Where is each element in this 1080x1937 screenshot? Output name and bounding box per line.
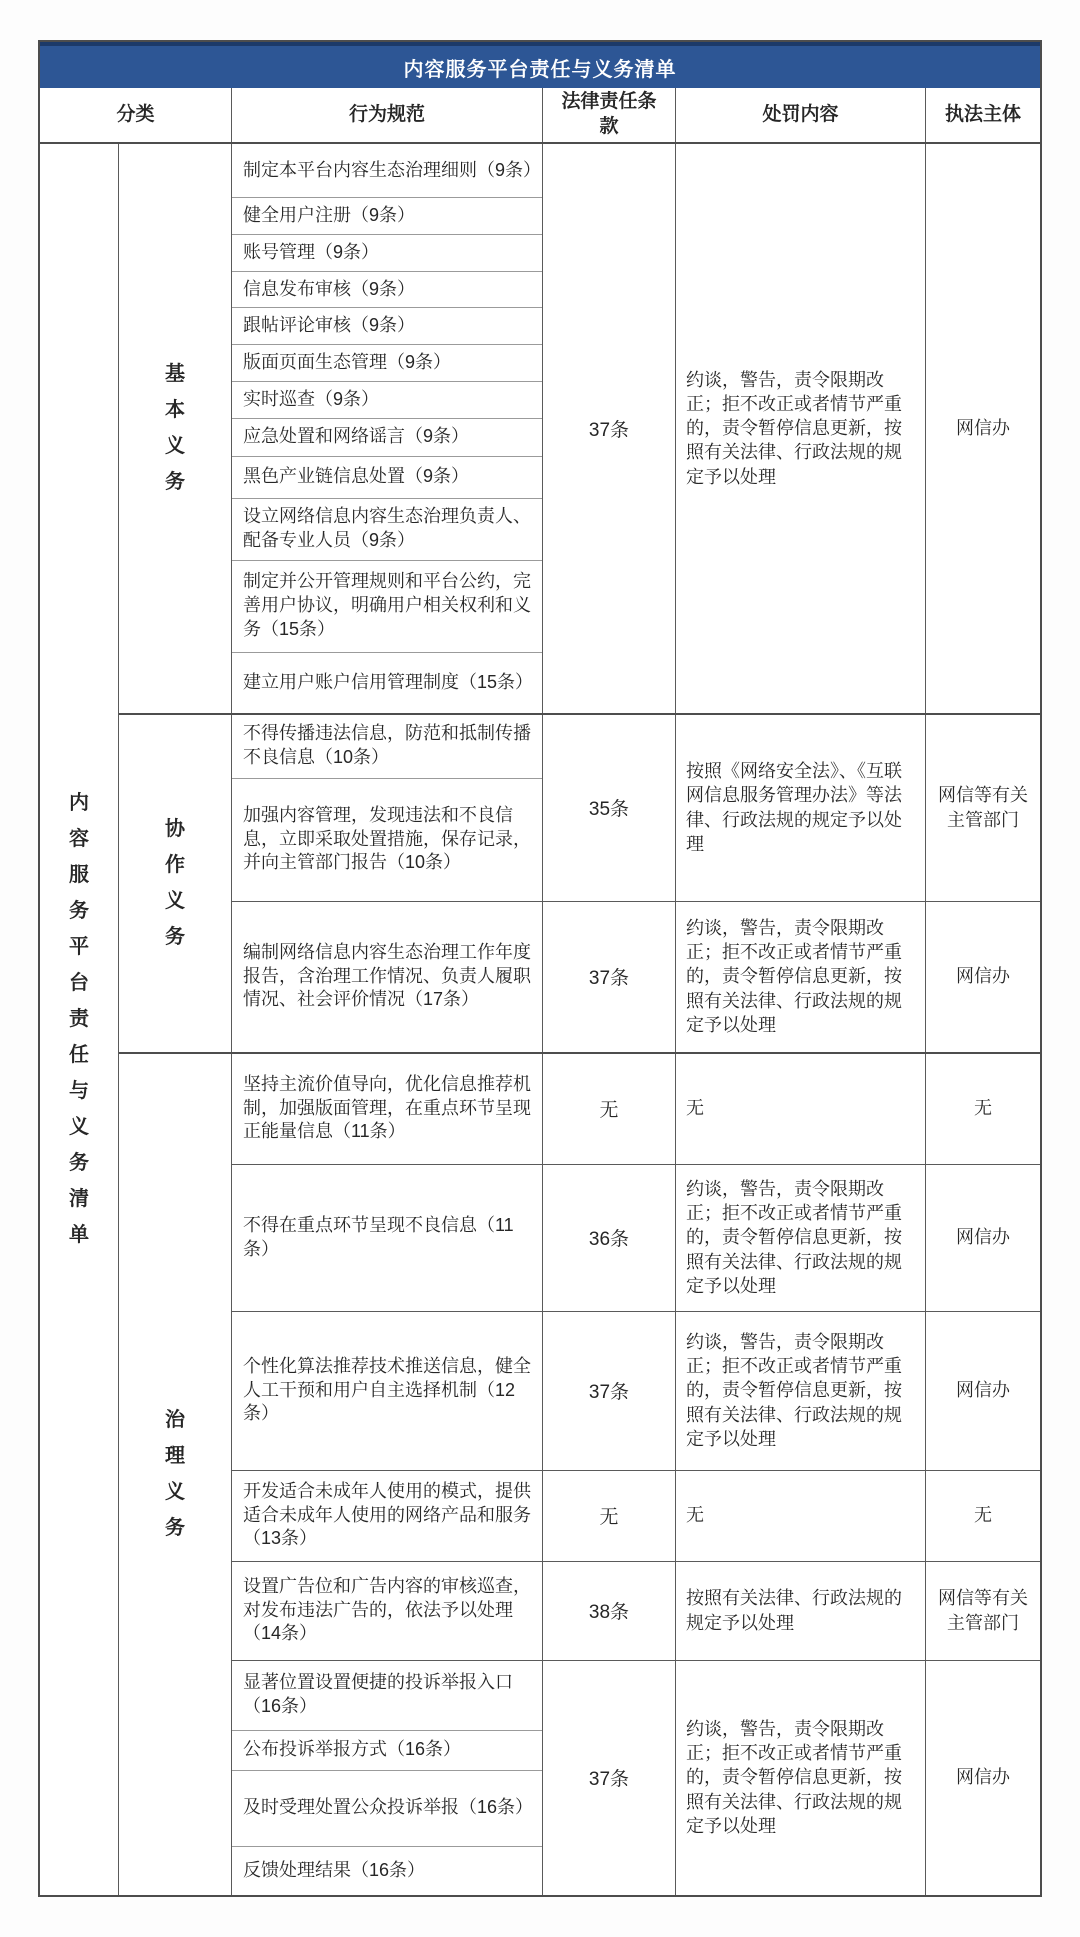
punishment-cell: 无 xyxy=(676,1471,926,1561)
behavior-cell: 开发适合未成年人使用的模式，提供适合未成年人使用的网络产品和服务（13条） xyxy=(232,1471,542,1561)
law-clause-cell: 无 xyxy=(543,1471,676,1561)
groups-column: 基本义务 制定本平台内容生态治理细则（9条） 健全用户注册（9条） 账号管理（9… xyxy=(119,144,1040,1895)
table-title: 内容服务平台责任与义务清单 xyxy=(404,53,677,82)
law-clause-cell: 37条 xyxy=(543,1661,676,1895)
behavior-cell: 黑色产业链信息处置（9条） xyxy=(232,457,542,499)
behavior-cell: 制定并公开管理规则和平台公约，完善用户协议，明确用户相关权利和义务（15条） xyxy=(232,561,542,653)
punishment-cell: 按照《网络安全法》、《互联网信息服务管理办法》等法律、行政法规的规定予以处理 xyxy=(676,715,926,901)
table-title-bar: 内容服务平台责任与义务清单 xyxy=(40,42,1040,88)
behavior-cell: 编制网络信息内容生态治理工作年度报告，含治理工作情况、负责人履职情况、社会评价情… xyxy=(232,902,542,1052)
rule-block: 编制网络信息内容生态治理工作年度报告，含治理工作情况、负责人履职情况、社会评价情… xyxy=(232,902,1040,1052)
law-clause-cell: 无 xyxy=(543,1054,676,1164)
enforcer-cell: 网信办 xyxy=(926,1661,1040,1895)
group-basic-duties: 基本义务 制定本平台内容生态治理细则（9条） 健全用户注册（9条） 账号管理（9… xyxy=(119,144,1040,715)
behavior-cell: 版面页面生态管理（9条） xyxy=(232,345,542,382)
punishment-cell: 约谈，警告，责令限期改正；拒不改正或者情节严重的，责令暂停信息更新，按照有关法律… xyxy=(676,902,926,1052)
behavior-cell: 公布投诉举报方式（16条） xyxy=(232,1731,542,1771)
rule-block: 设置广告位和广告内容的审核巡查，对发布违法广告的，依法予以处理（14条） 38条… xyxy=(232,1562,1040,1661)
enforcer-cell: 网信等有关主管部门 xyxy=(926,1562,1040,1660)
behavior-cell: 制定本平台内容生态治理细则（9条） xyxy=(232,144,542,198)
header-row: 分类 行为规范 法律责任条款 处罚内容 执法主体 xyxy=(40,88,1040,144)
behavior-cell: 健全用户注册（9条） xyxy=(232,198,542,235)
law-clause-cell: 37条 xyxy=(543,1312,676,1470)
col-header-enforcer: 执法主体 xyxy=(926,88,1040,142)
list-title-vertical-text: 内容服务平台责任与义务清单 xyxy=(68,785,91,1253)
list-title-cell: 内容服务平台责任与义务清单 xyxy=(40,144,119,1895)
law-clause-cell: 38条 xyxy=(543,1562,676,1660)
col-header-law: 法律责任条款 xyxy=(543,88,676,142)
behavior-cell: 设立网络信息内容生态治理负责人、配备专业人员（9条） xyxy=(232,499,542,561)
category-cell-governance: 治理义务 xyxy=(119,1054,232,1895)
category-cell-basic: 基本义务 xyxy=(119,144,232,713)
behavior-cell: 应急处置和网络谣言（9条） xyxy=(232,419,542,457)
category-label: 基本义务 xyxy=(164,356,187,500)
rule-block: 显著位置设置便捷的投诉举报入口（16条） 公布投诉举报方式（16条） 及时受理处… xyxy=(232,1661,1040,1895)
punishment-cell: 按照有关法律、行政法规的规定予以处理 xyxy=(676,1562,926,1660)
punishment-cell: 约谈，警告，责令限期改正；拒不改正或者情节严重的，责令暂停信息更新，按照有关法律… xyxy=(676,144,926,713)
group-governance-duties: 治理义务 坚持主流价值导向，优化信息推荐机制，加强版面管理，在重点环节呈现正能量… xyxy=(119,1054,1040,1895)
table-body: 内容服务平台责任与义务清单 基本义务 制定本平台内容生态治理细则（9条） 健全用… xyxy=(40,144,1040,1895)
enforcer-cell: 无 xyxy=(926,1471,1040,1561)
behavior-cell: 加强内容管理，发现违法和不良信息，立即采取处置措施，保存记录，并向主管部门报告（… xyxy=(232,779,542,901)
behavior-cell: 实时巡查（9条） xyxy=(232,382,542,419)
page: 内容服务平台责任与义务清单 分类 行为规范 法律责任条款 处罚内容 执法主体 内… xyxy=(0,0,1080,1937)
rule-block: 个性化算法推荐技术推送信息，健全人工干预和用户自主选择机制（12条） 37条 约… xyxy=(232,1312,1040,1471)
enforcer-cell: 无 xyxy=(926,1054,1040,1164)
col-header-punishment: 处罚内容 xyxy=(676,88,926,142)
law-clause-cell: 37条 xyxy=(543,902,676,1052)
law-clause-cell: 36条 xyxy=(543,1165,676,1311)
punishment-cell: 无 xyxy=(676,1054,926,1164)
col-header-category: 分类 xyxy=(40,88,232,142)
law-clause-cell: 37条 xyxy=(543,144,676,713)
category-cell-cooperation: 协作义务 xyxy=(119,715,232,1052)
law-clause-cell: 35条 xyxy=(543,715,676,901)
punishment-cell: 约谈，警告，责令限期改正；拒不改正或者情节严重的，责令暂停信息更新，按照有关法律… xyxy=(676,1312,926,1470)
col-header-behavior: 行为规范 xyxy=(232,88,543,142)
behavior-cell: 反馈处理结果（16条） xyxy=(232,1847,542,1895)
rule-block: 不得在重点环节呈现不良信息（11条） 36条 约谈，警告，责令限期改正；拒不改正… xyxy=(232,1165,1040,1312)
behavior-cell: 显著位置设置便捷的投诉举报入口（16条） xyxy=(232,1661,542,1731)
behavior-cell: 账号管理（9条） xyxy=(232,235,542,272)
category-label: 协作义务 xyxy=(164,811,187,955)
enforcer-cell: 网信办 xyxy=(926,1165,1040,1311)
behavior-cell: 信息发布审核（9条） xyxy=(232,272,542,309)
rule-block: 开发适合未成年人使用的模式，提供适合未成年人使用的网络产品和服务（13条） 无 … xyxy=(232,1471,1040,1562)
enforcer-cell: 网信办 xyxy=(926,1312,1040,1470)
rule-block: 不得传播违法信息，防范和抵制传播不良信息（10条） 加强内容管理，发现违法和不良… xyxy=(232,715,1040,902)
group-cooperation-duties: 协作义务 不得传播违法信息，防范和抵制传播不良信息（10条） 加强内容管理，发现… xyxy=(119,715,1040,1054)
punishment-cell: 约谈，警告，责令限期改正；拒不改正或者情节严重的，责令暂停信息更新，按照有关法律… xyxy=(676,1661,926,1895)
enforcer-cell: 网信办 xyxy=(926,902,1040,1052)
behavior-cell: 个性化算法推荐技术推送信息，健全人工干预和用户自主选择机制（12条） xyxy=(232,1312,542,1470)
category-label: 治理义务 xyxy=(164,1402,187,1546)
enforcer-cell: 网信等有关主管部门 xyxy=(926,715,1040,901)
enforcer-cell: 网信办 xyxy=(926,144,1040,713)
behavior-cell: 不得传播违法信息，防范和抵制传播不良信息（10条） xyxy=(232,715,542,779)
behavior-cell: 不得在重点环节呈现不良信息（11条） xyxy=(232,1165,542,1311)
rule-block: 坚持主流价值导向，优化信息推荐机制，加强版面管理，在重点环节呈现正能量信息（11… xyxy=(232,1054,1040,1165)
behavior-cell: 及时受理处置公众投诉举报（16条） xyxy=(232,1771,542,1847)
behavior-cell: 跟帖评论审核（9条） xyxy=(232,308,542,345)
behavior-cell: 坚持主流价值导向，优化信息推荐机制，加强版面管理，在重点环节呈现正能量信息（11… xyxy=(232,1054,542,1164)
rule-block: 制定本平台内容生态治理细则（9条） 健全用户注册（9条） 账号管理（9条） 信息… xyxy=(232,144,1040,713)
behavior-cell: 设置广告位和广告内容的审核巡查，对发布违法广告的，依法予以处理（14条） xyxy=(232,1562,542,1660)
behavior-cell: 建立用户账户信用管理制度（15条） xyxy=(232,653,542,713)
punishment-cell: 约谈，警告，责令限期改正；拒不改正或者情节严重的，责令暂停信息更新，按照有关法律… xyxy=(676,1165,926,1311)
responsibility-table: 内容服务平台责任与义务清单 分类 行为规范 法律责任条款 处罚内容 执法主体 内… xyxy=(38,40,1042,1897)
